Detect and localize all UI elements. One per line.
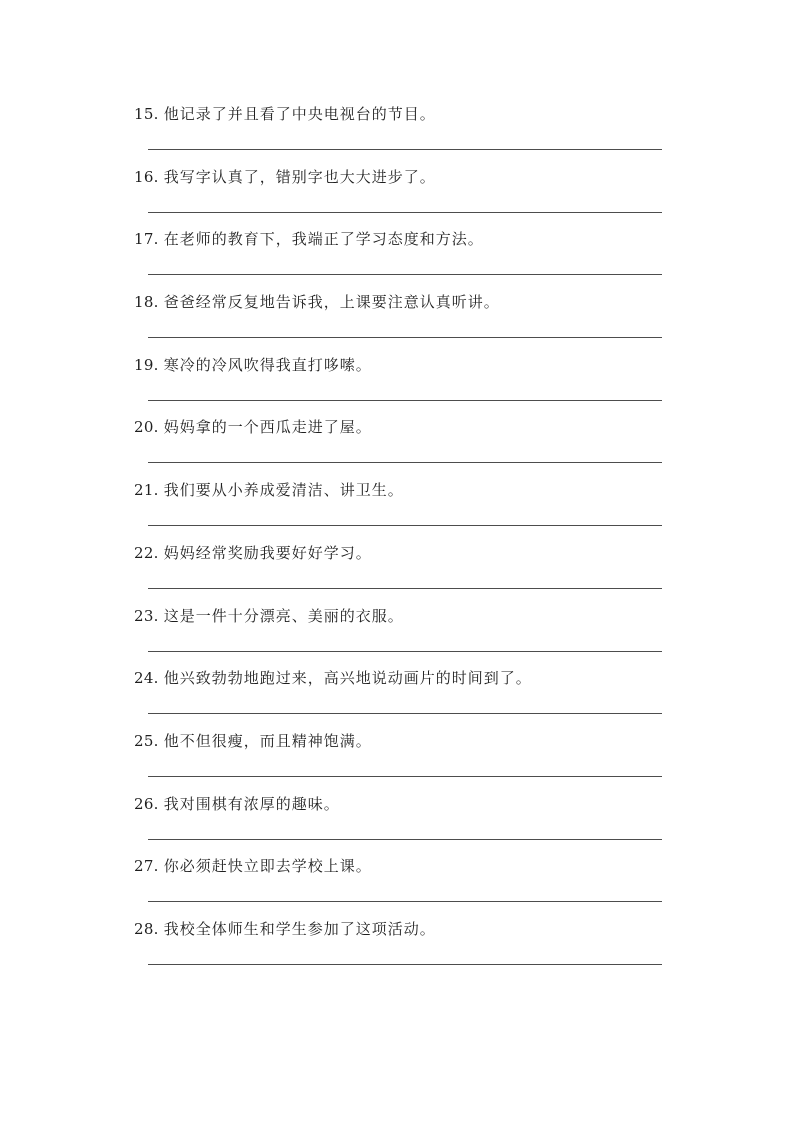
sentence-line: 25.他不但很瘦，而且精神饱满。	[134, 733, 674, 750]
answer-blank-line	[148, 212, 662, 213]
exercise-item: 26.我对围棋有浓厚的趣味。	[134, 796, 674, 840]
answer-blank-line	[148, 588, 662, 589]
item-number: 27.	[134, 857, 159, 875]
exercise-item: 28.我校全体师生和学生参加了这项活动。	[134, 921, 674, 965]
answer-blank-line	[148, 964, 662, 965]
answer-blank-line	[148, 525, 662, 526]
item-number: 20.	[134, 418, 159, 436]
item-number: 16.	[134, 168, 159, 186]
item-number: 23.	[134, 607, 159, 625]
document-page: 15.他记录了并且看了中央电视台的节目。 16.我写字认真了，错别字也大大进步了…	[0, 0, 793, 1122]
item-number: 24.	[134, 669, 159, 687]
sentence-line: 27.你必须赶快立即去学校上课。	[134, 858, 674, 875]
sentence-line: 24.他兴致勃勃地跑过来，高兴地说动画片的时间到了。	[134, 670, 674, 687]
item-sentence-text: 他兴致勃勃地跑过来，高兴地说动画片的时间到了。	[164, 669, 532, 687]
item-number: 15.	[134, 105, 159, 123]
answer-blank-line	[148, 776, 662, 777]
item-sentence-text: 你必须赶快立即去学校上课。	[164, 857, 372, 875]
answer-blank-line	[148, 337, 662, 338]
item-sentence-text: 他记录了并且看了中央电视台的节目。	[164, 105, 436, 123]
exercise-item: 23.这是一件十分漂亮、美丽的衣服。	[134, 608, 674, 652]
item-number: 28.	[134, 920, 159, 938]
item-sentence-text: 妈妈拿的一个西瓜走进了屋。	[164, 418, 372, 436]
item-number: 22.	[134, 544, 159, 562]
sentence-line: 21.我们要从小养成爱清洁、讲卫生。	[134, 482, 674, 499]
answer-blank-line	[148, 400, 662, 401]
answer-blank-line	[148, 462, 662, 463]
sentence-line: 19.寒冷的冷风吹得我直打哆嗦。	[134, 357, 674, 374]
item-number: 19.	[134, 356, 159, 374]
item-number: 26.	[134, 795, 159, 813]
exercise-item: 21.我们要从小养成爱清洁、讲卫生。	[134, 482, 674, 526]
item-sentence-text: 我们要从小养成爱清洁、讲卫生。	[164, 481, 404, 499]
exercise-item: 22.妈妈经常奖励我要好好学习。	[134, 545, 674, 589]
sentence-line: 23.这是一件十分漂亮、美丽的衣服。	[134, 608, 674, 625]
answer-blank-line	[148, 274, 662, 275]
exercise-item: 19.寒冷的冷风吹得我直打哆嗦。	[134, 357, 674, 401]
answer-blank-line	[148, 713, 662, 714]
exercise-item: 16.我写字认真了，错别字也大大进步了。	[134, 169, 674, 213]
exercise-item: 25.他不但很瘦，而且精神饱满。	[134, 733, 674, 777]
answer-blank-line	[148, 901, 662, 902]
item-number: 25.	[134, 732, 159, 750]
item-sentence-text: 这是一件十分漂亮、美丽的衣服。	[164, 607, 404, 625]
exercise-item: 18.爸爸经常反复地告诉我，上课要注意认真听讲。	[134, 294, 674, 338]
item-number: 17.	[134, 230, 159, 248]
item-sentence-text: 他不但很瘦，而且精神饱满。	[164, 732, 372, 750]
item-number: 18.	[134, 293, 159, 311]
answer-blank-line	[148, 839, 662, 840]
sentence-line: 17.在老师的教育下，我端正了学习态度和方法。	[134, 231, 674, 248]
answer-blank-line	[148, 651, 662, 652]
item-number: 21.	[134, 481, 159, 499]
answer-blank-line	[148, 149, 662, 150]
item-sentence-text: 寒冷的冷风吹得我直打哆嗦。	[164, 356, 372, 374]
exercise-item: 15.他记录了并且看了中央电视台的节目。	[134, 106, 674, 150]
item-sentence-text: 我写字认真了，错别字也大大进步了。	[164, 168, 436, 186]
item-sentence-text: 爸爸经常反复地告诉我，上课要注意认真听讲。	[164, 293, 500, 311]
sentence-line: 26.我对围棋有浓厚的趣味。	[134, 796, 674, 813]
exercise-item: 27.你必须赶快立即去学校上课。	[134, 858, 674, 902]
item-sentence-text: 我校全体师生和学生参加了这项活动。	[164, 920, 436, 938]
sentence-line: 22.妈妈经常奖励我要好好学习。	[134, 545, 674, 562]
exercise-item: 24.他兴致勃勃地跑过来，高兴地说动画片的时间到了。	[134, 670, 674, 714]
sentence-line: 20.妈妈拿的一个西瓜走进了屋。	[134, 419, 674, 436]
sentence-line: 18.爸爸经常反复地告诉我，上课要注意认真听讲。	[134, 294, 674, 311]
sentence-line: 28.我校全体师生和学生参加了这项活动。	[134, 921, 674, 938]
exercise-item: 20.妈妈拿的一个西瓜走进了屋。	[134, 419, 674, 463]
item-sentence-text: 妈妈经常奖励我要好好学习。	[164, 544, 372, 562]
sentence-line: 16.我写字认真了，错别字也大大进步了。	[134, 169, 674, 186]
item-sentence-text: 我对围棋有浓厚的趣味。	[164, 795, 340, 813]
exercise-list: 15.他记录了并且看了中央电视台的节目。 16.我写字认真了，错别字也大大进步了…	[134, 106, 674, 984]
exercise-item: 17.在老师的教育下，我端正了学习态度和方法。	[134, 231, 674, 275]
sentence-line: 15.他记录了并且看了中央电视台的节目。	[134, 106, 674, 123]
item-sentence-text: 在老师的教育下，我端正了学习态度和方法。	[164, 230, 484, 248]
